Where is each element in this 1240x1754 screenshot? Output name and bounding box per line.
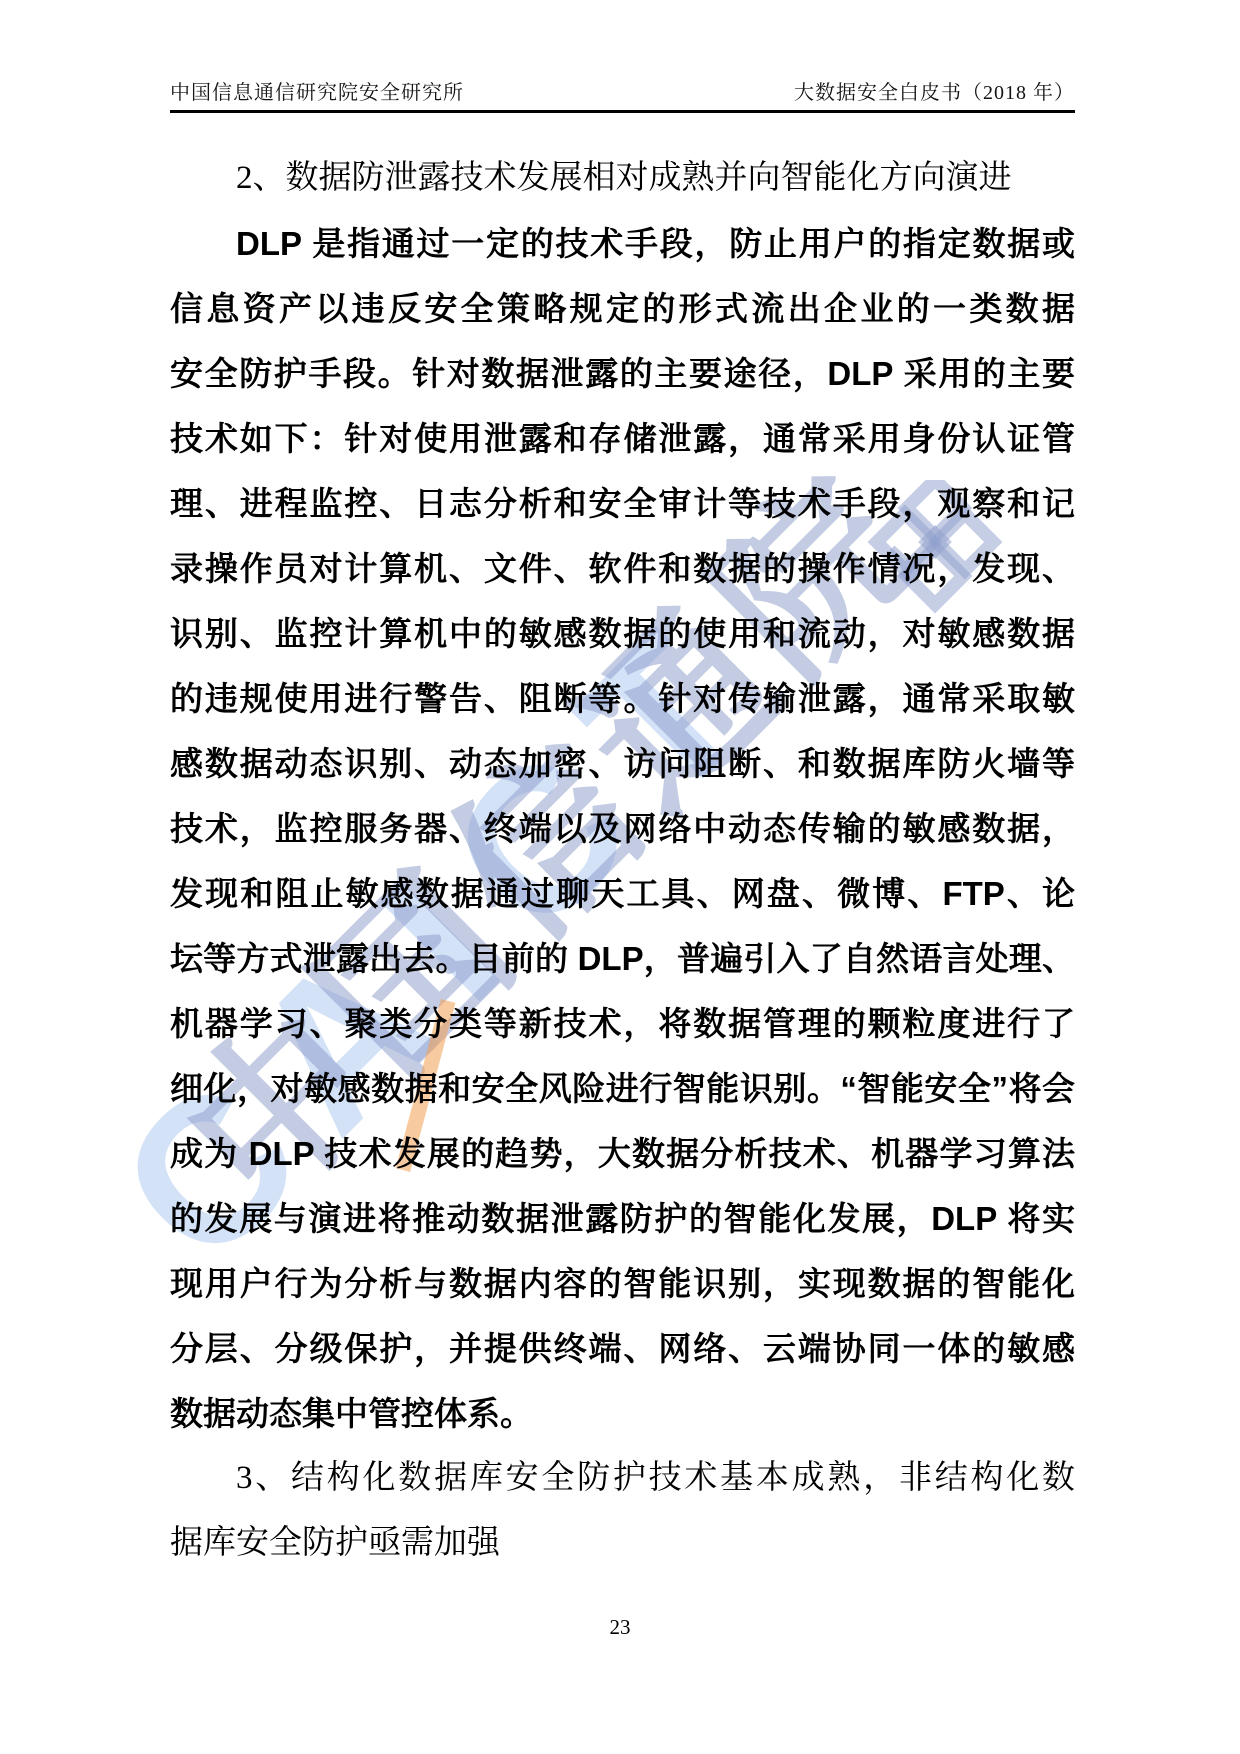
page-number: 23 (0, 1615, 1240, 1640)
text-line: 机器学习、聚类分类等新技术，将数据管理的颗粒度进行了 (170, 991, 1075, 1056)
text-line: 安全防护手段。针对数据泄露的主要途径，DLP 采用的主要 (170, 341, 1075, 406)
text-line: 识别、监控计算机中的敏感数据的使用和流动，对敏感数据 (170, 601, 1075, 666)
text-line: 现用户行为分析与数据内容的智能识别，实现数据的智能化 (170, 1251, 1075, 1316)
text-line: 信息资产以违反安全策略规定的形式流出企业的一类数据 (170, 276, 1075, 341)
header-right-text: 大数据安全白皮书（2018 年） (794, 76, 1075, 105)
header-rule (170, 110, 1075, 113)
text-line: 理、进程监控、日志分析和安全审计等技术手段，观察和记 (170, 471, 1075, 536)
text-line: 细化，对敏感数据和安全风险进行智能识别。“智能安全”将会 (170, 1056, 1075, 1121)
text-line: 技术如下：针对使用泄露和存储泄露，通常采用身份认证管 (170, 406, 1075, 471)
dlp-paragraph: DLP 是指通过一定的技术手段，防止用户的指定数据或信息资产以违反安全策略规定的… (170, 211, 1075, 1446)
text-line: 的违规使用进行警告、阻断等。针对传输泄露，通常采取敏 (170, 666, 1075, 731)
text-line: 成为 DLP 技术发展的趋势，大数据分析技术、机器学习算法 (170, 1121, 1075, 1186)
text-line: 3、结构化数据库安全防护技术基本成熟，非结构化数 (170, 1446, 1075, 1511)
text-line: 技术，监控服务器、终端以及网络中动态传输的敏感数据， (170, 796, 1075, 861)
text-line: 发现和阻止敏感数据通过聊天工具、网盘、微博、FTP、论 (170, 861, 1075, 926)
text-line: 感数据动态识别、动态加密、访问阻断、和数据库防火墙等 (170, 731, 1075, 796)
text-line: 据库安全防护亟需加强 (170, 1511, 1075, 1576)
text-line: 数据动态集中管控体系。 (170, 1381, 1075, 1446)
text-line: DLP 是指通过一定的技术手段，防止用户的指定数据或 (170, 211, 1075, 276)
text-line: 的发展与演进将推动数据泄露防护的智能化发展，DLP 将实 (170, 1186, 1075, 1251)
document-page: CAICT 中国信通院 中国信息通信研究院安全研究所 大数据安全白皮书（2018… (0, 0, 1240, 1754)
section-heading-2: 2、数据防泄露技术发展相对成熟并向智能化方向演进 (170, 146, 1075, 211)
section-heading-3: 3、结构化数据库安全防护技术基本成熟，非结构化数据库安全防护亟需加强 (170, 1446, 1075, 1576)
header-left-text: 中国信息通信研究院安全研究所 (170, 76, 464, 105)
text-line: 分层、分级保护，并提供终端、网络、云端协同一体的敏感 (170, 1316, 1075, 1381)
text-line: 坛等方式泄露出去。目前的 DLP，普遍引入了自然语言处理、 (170, 926, 1075, 991)
page-content: 2、数据防泄露技术发展相对成熟并向智能化方向演进 DLP 是指通过一定的技术手段… (170, 146, 1075, 1576)
page-header: 中国信息通信研究院安全研究所 大数据安全白皮书（2018 年） (170, 76, 1075, 105)
text-line: 录操作员对计算机、文件、软件和数据的操作情况，发现、 (170, 536, 1075, 601)
